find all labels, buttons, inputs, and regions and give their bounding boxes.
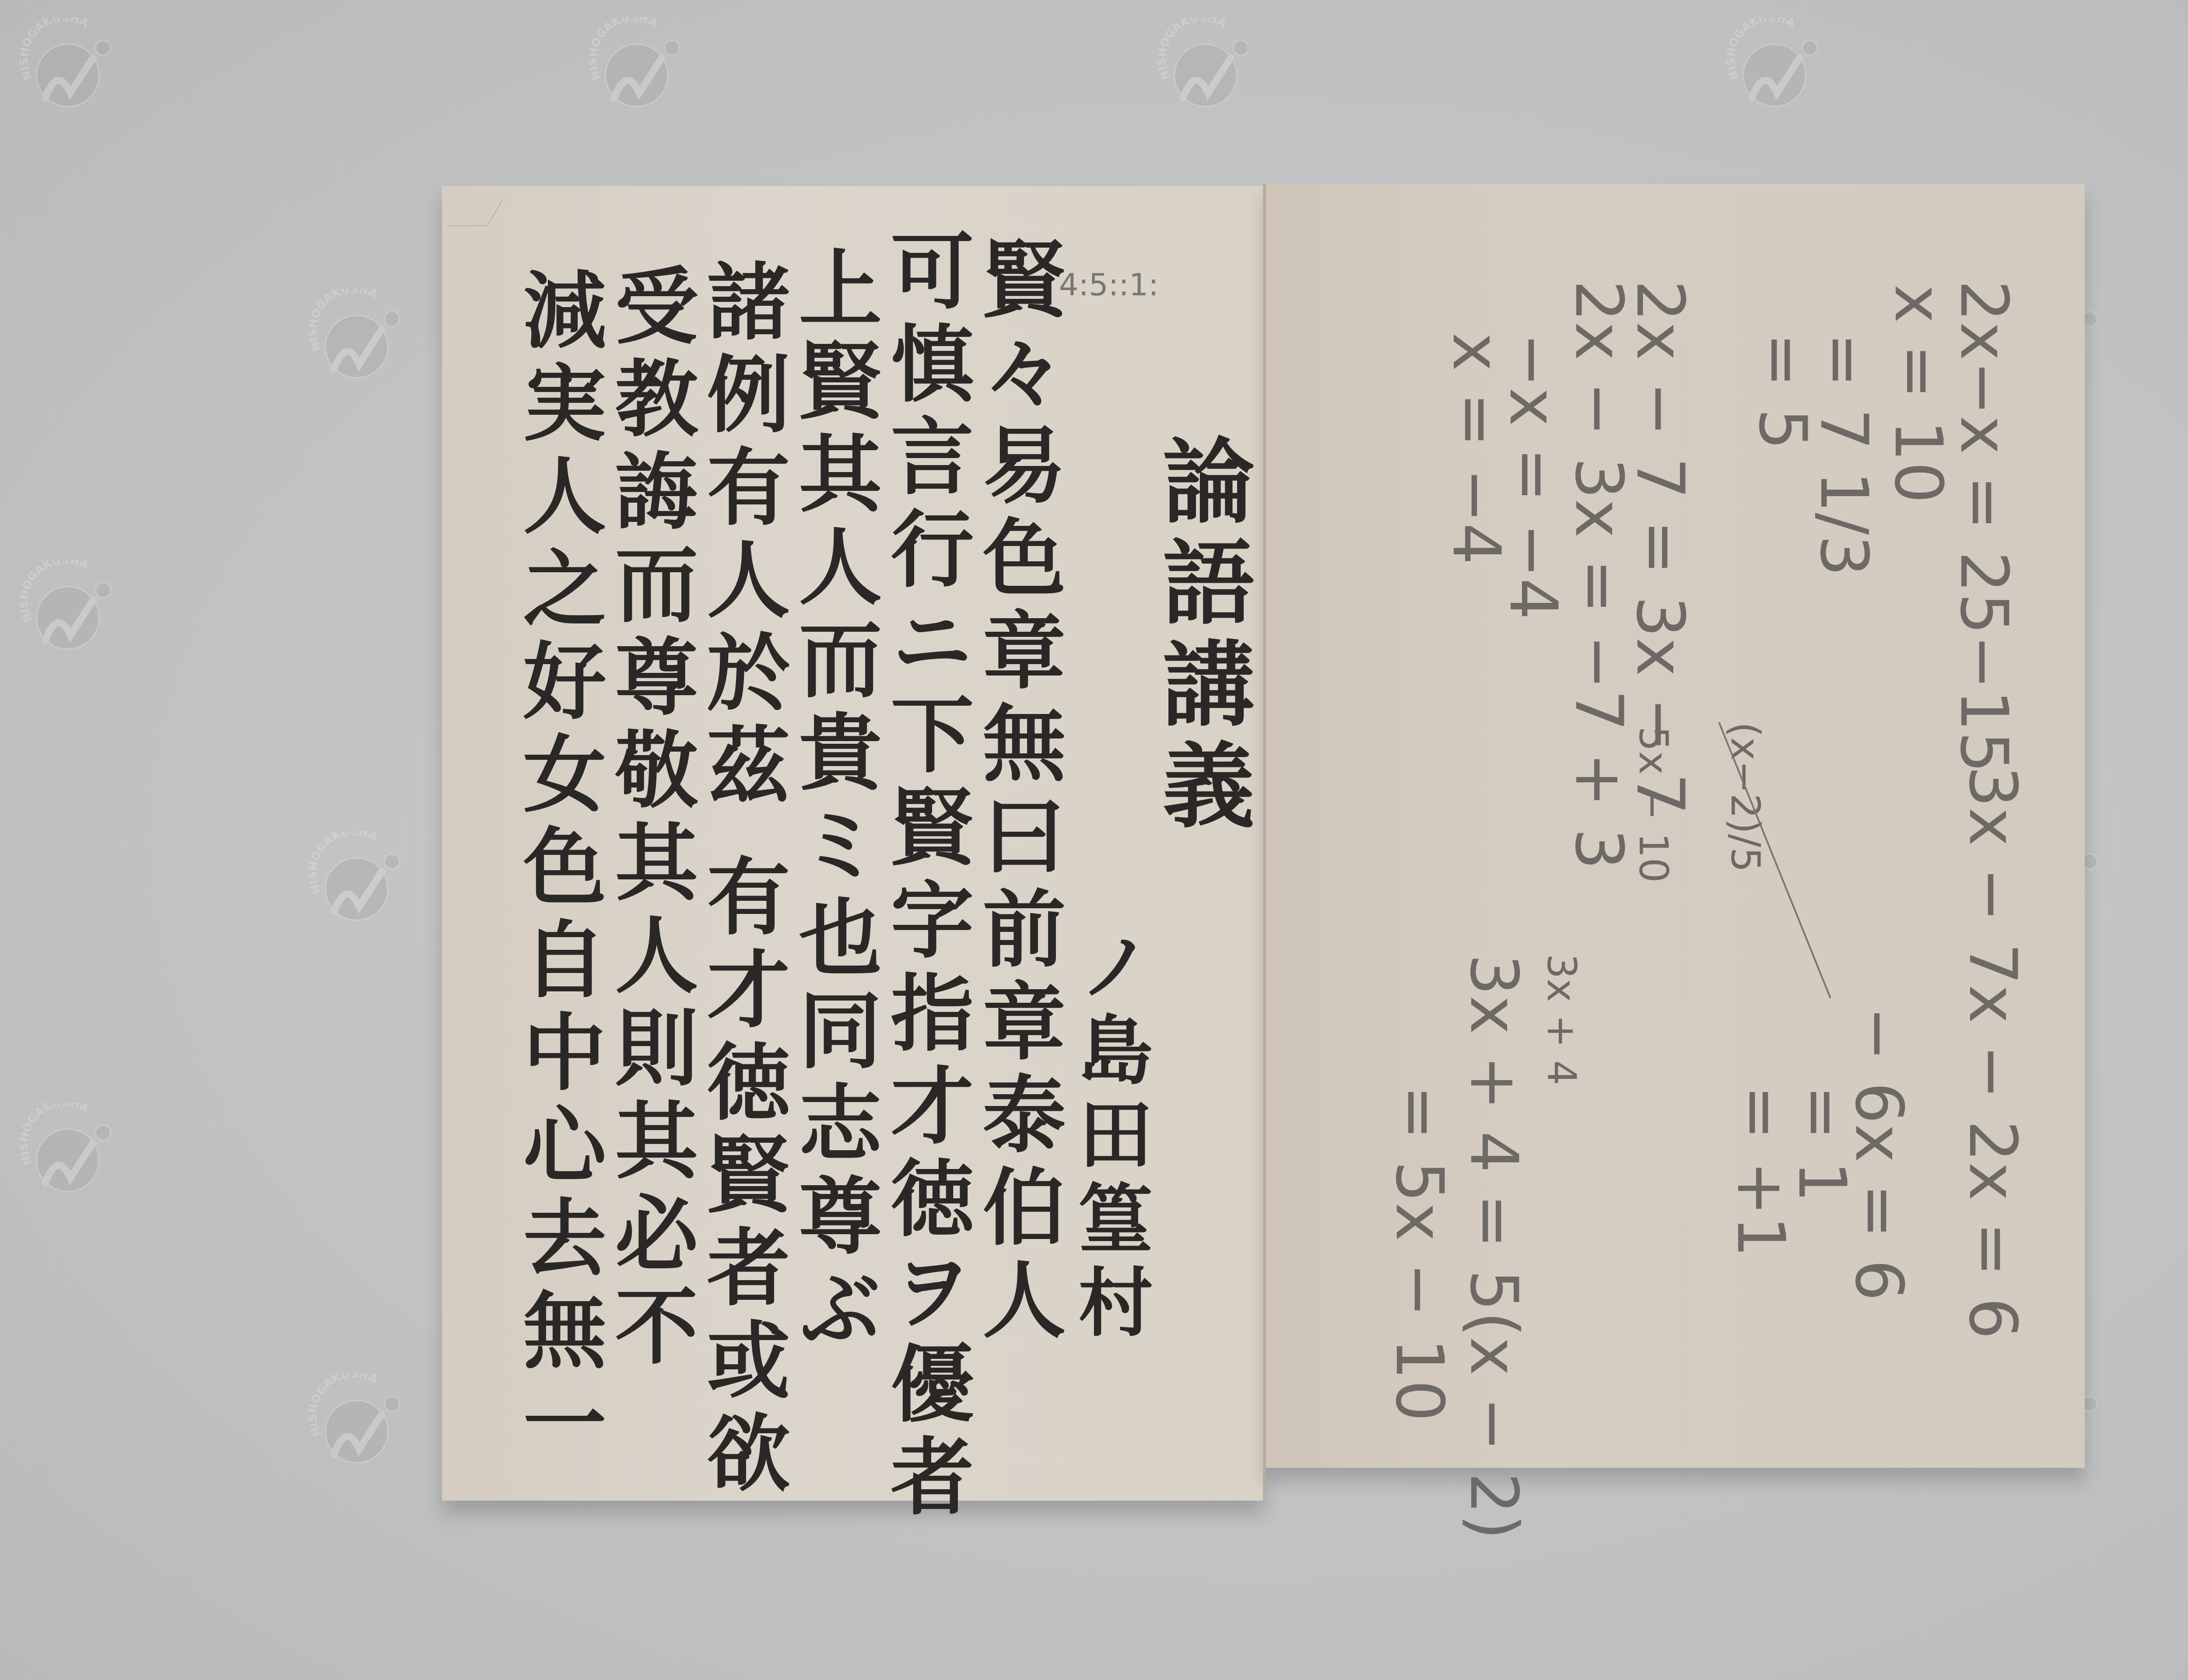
watermark-logo-icon: NISHOGAKUSHA [18,1102,118,1203]
equation-14: 3x − 7x − 2x = 6 [1954,766,2030,1339]
watermark-logo-icon: NISHOGAKUSHA [306,831,407,932]
watermark-logo-icon: NISHOGAKUSHA [306,1374,407,1474]
watermark-logo-icon: NISHOGAKUSHA [586,17,687,118]
margin-pencil-note: 4:5::1: [1059,267,1159,303]
text-column-1: 賢々易色章無曰前章泰伯人 [976,236,1059,1349]
equation-4: = 5 [1744,332,1820,450]
text-column-3: 上賢其人而貴ミ也同志尊ぶ [792,245,875,1358]
author-column: ノ島田篁村 [1072,927,1147,1347]
title-column: 論語講義 [1155,433,1247,839]
equation-2: x = 10 [1880,284,1956,504]
watermark-logo-icon: NISHOGAKUSHA [1724,17,1825,118]
equation-12: 3x + 4 = 5(x − 2) [1455,954,1532,1540]
equation-6: 2x − 3x = −7 + 3 [1560,280,1637,870]
equation-8: x = −4 [1438,332,1514,565]
text-column-5: 受教誨而尊敬其人則其必不 [608,262,691,1375]
watermark-logo-icon: NISHOGAKUSHA [18,560,118,661]
watermark-logo-icon: NISHOGAKUSHA [18,17,118,118]
text-column-2: 可慎言行ニ下賢字指才徳ヲ優者 [884,227,967,1526]
book-spine [1263,184,1266,1501]
text-column-4: 諸例有人於茲 有才徳賢者或欲 [700,258,783,1502]
watermark-logo-icon: NISHOGAKUSHA [306,289,407,389]
equation-10: 5x − 10 [1630,726,1676,883]
equation-13: = 5x − 10 [1381,1085,1457,1421]
equation-1: 2x−x = 25−15 [1946,280,2022,773]
text-column-6: 減実人之好女色自中心去無一 [516,267,600,1473]
equation-17: = +1 [1722,1085,1799,1257]
equation-11: 3x + 4 [1538,954,1584,1085]
watermark-logo-icon: NISHOGAKUSHA [1155,17,1256,118]
